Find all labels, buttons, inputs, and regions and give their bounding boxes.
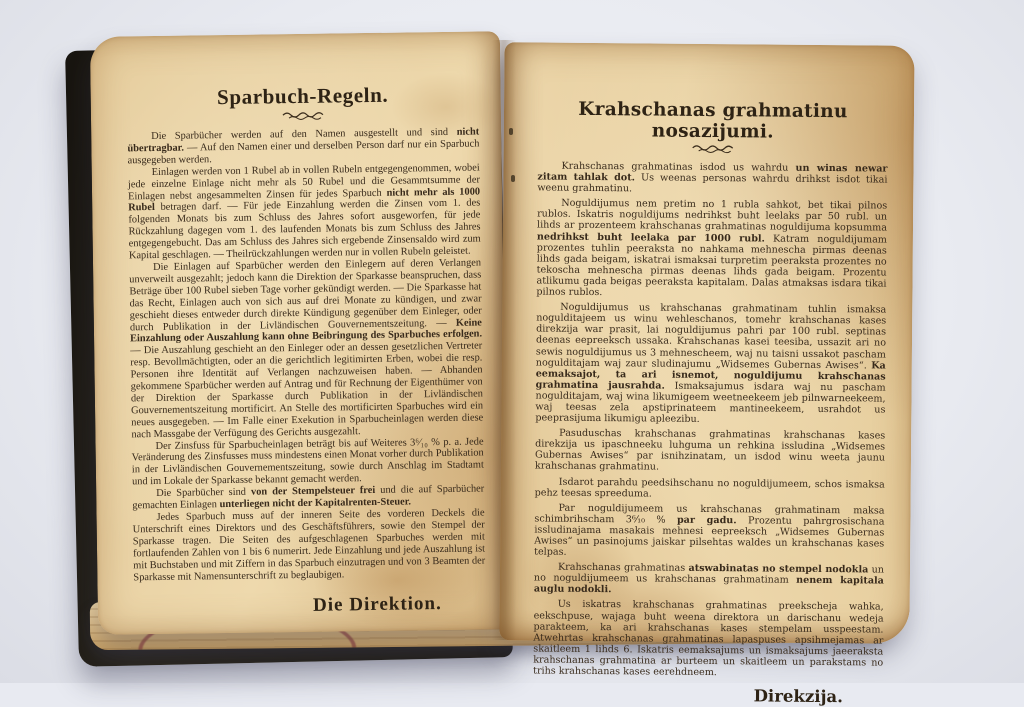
binding-stitch bbox=[511, 175, 515, 182]
left-page-title: Sparbuch-Regeln. bbox=[127, 81, 479, 111]
ornament-squiggle-icon bbox=[690, 144, 736, 154]
paragraph: Noguldijumus us krahschanas grahmatinam … bbox=[535, 302, 886, 427]
right-page-body: Krahschanas grahmatinas isdod us wahrdu … bbox=[533, 161, 887, 680]
right-page-title: Krahschanas grahmatinu nosazijumi. bbox=[538, 99, 888, 144]
paragraph: Einlagen werden von 1 Rubel ab in vollen… bbox=[128, 162, 481, 262]
photo-background: Sparbuch-Regeln. Die Sparbücher werden a… bbox=[0, 0, 1024, 683]
book: Sparbuch-Regeln. Die Sparbücher werden a… bbox=[0, 0, 1024, 683]
paragraph: Par noguldijumeem us krahschanas grahmat… bbox=[534, 502, 884, 561]
ornament-squiggle-icon bbox=[280, 111, 326, 122]
paragraph: Jedes Sparbuch muss auf der inneren Seit… bbox=[132, 507, 485, 583]
left-page-body: Die Sparbücher werden auf den Namen ausg… bbox=[127, 126, 485, 583]
paragraph: Pasuduschas krahschanas grahmatinas krah… bbox=[535, 428, 885, 475]
paragraph: Die Einlagen auf Sparbücher werden den E… bbox=[129, 257, 483, 440]
right-page: Krahschanas grahmatinu nosazijumi. Krahs… bbox=[499, 42, 914, 644]
paragraph: Krahschanas grahmatinas atswabinatas no … bbox=[534, 562, 884, 598]
left-page: Sparbuch-Regeln. Die Sparbücher werden a… bbox=[90, 31, 508, 635]
paragraph: Krahschanas grahmatinas isdod us wahrdu … bbox=[537, 161, 887, 197]
left-page-signature: Die Direktion. bbox=[134, 593, 442, 619]
paragraph: Us iskatras krahschanas grahmatinas pree… bbox=[533, 599, 884, 680]
paragraph: Isdarot parahdu peedsihschanu no noguldi… bbox=[535, 476, 885, 501]
left-page-content: Sparbuch-Regeln. Die Sparbücher werden a… bbox=[90, 31, 508, 635]
paragraph: Noguldijumus nem pretim no 1 rubla sahko… bbox=[536, 198, 887, 301]
paragraph: Der Zinsfuss für Sparbucheinlagen beträg… bbox=[131, 436, 484, 489]
paragraph: Die Sparbücher werden auf den Namen ausg… bbox=[127, 126, 479, 167]
right-page-content: Krahschanas grahmatinu nosazijumi. Krahs… bbox=[499, 42, 914, 644]
binding-stitch bbox=[509, 128, 513, 135]
